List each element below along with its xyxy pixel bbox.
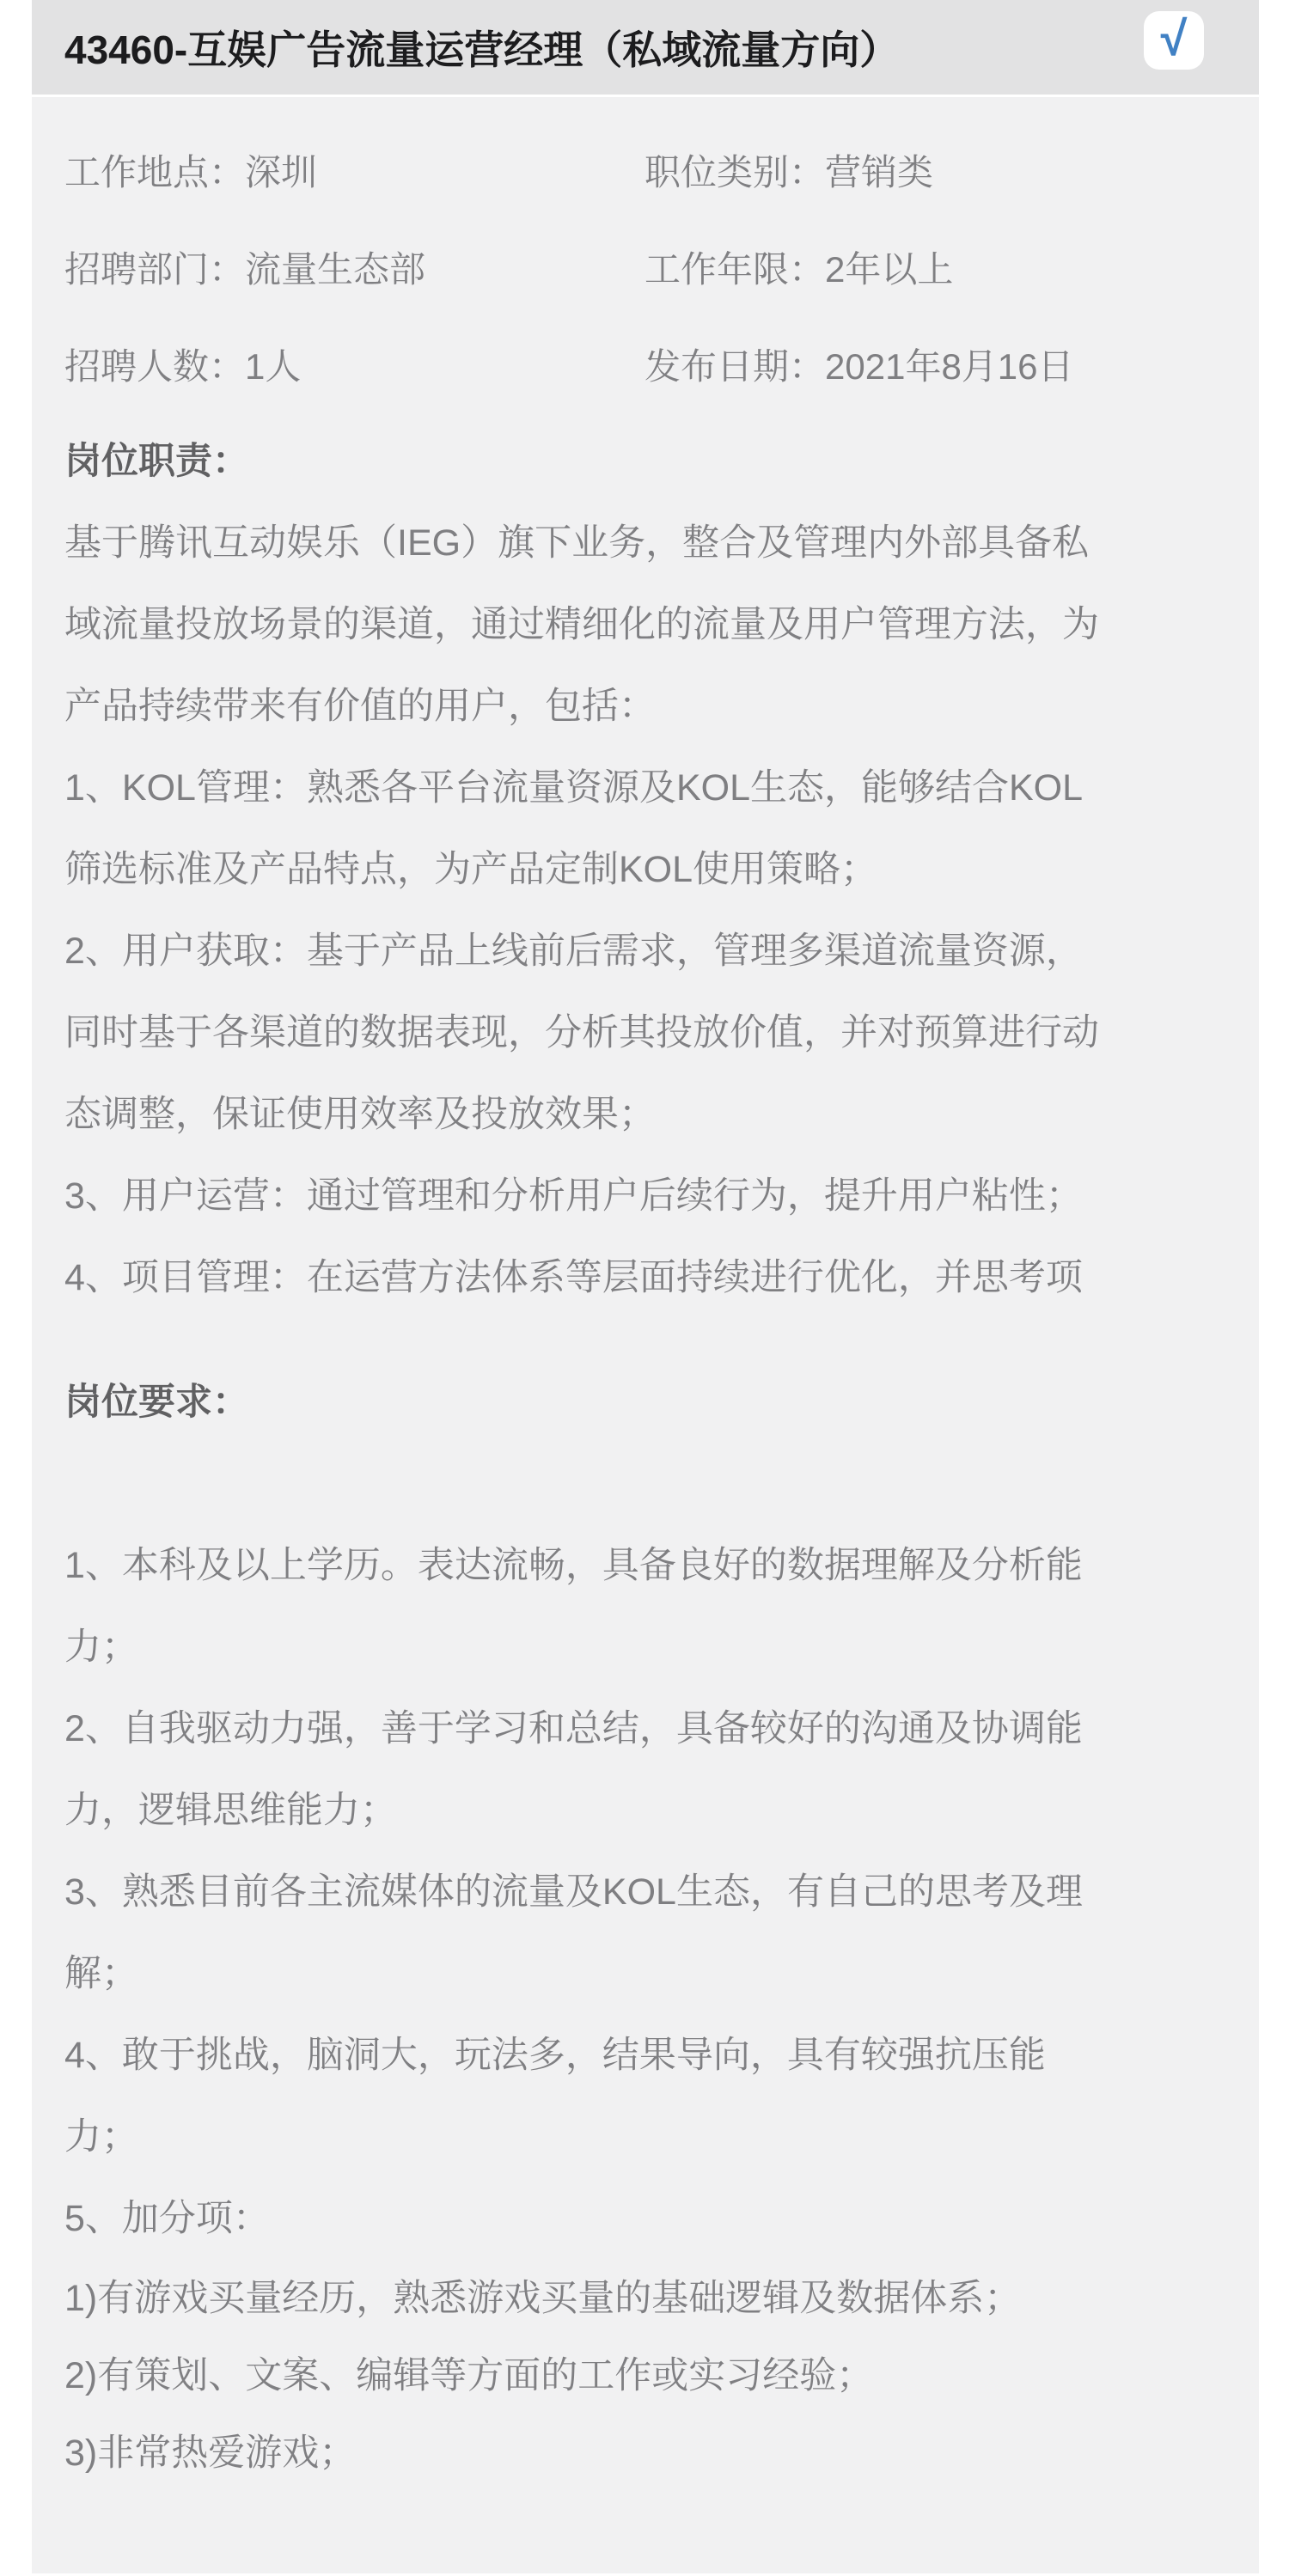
requirements-heading: 岗位要求： [64,1362,1226,1444]
info-label: 工作地点： [64,152,245,192]
spacer [64,412,1226,421]
info-work-location: 工作地点：深圳 [64,144,644,196]
info-row-headcount-date: 招聘人数：1人 发布日期：2021年8月16日 [64,315,1226,412]
bonus-line: 1)有游戏买量经历，熟悉游戏买量的基础逻辑及数据体系； [64,2260,1226,2337]
requirement-line: 解； [64,1933,1226,2015]
info-headcount: 招聘人数：1人 [64,339,644,390]
info-row-location-category: 工作地点：深圳 职位类别：营销类 [64,121,1226,218]
responsibility-line: 态调整，保证使用效率及投放效果； [64,1074,1226,1156]
bonus-line: 2)有策划、文案、编辑等方面的工作或实习经验； [64,2337,1226,2414]
responsibility-line: 1、KOL管理：熟悉各平台流量资源及KOL生态，能够结合KOL [64,748,1226,829]
requirement-line: 1、本科及以上学历。表达流畅，具备良好的数据理解及分析能 [64,1525,1226,1607]
job-select-checkbox[interactable]: √ [1144,11,1204,70]
requirement-line: 4、敢于挑战，脑洞大，玩法多，结果导向，具有较强抗压能 [64,2015,1226,2097]
info-row-department-experience: 招聘部门：流量生态部 工作年限：2年以上 [64,218,1226,315]
requirement-line: 力； [64,1607,1226,1688]
info-work-years: 工作年限：2年以上 [644,241,1226,293]
responsibility-line: 2、用户获取：基于产品上线前后需求，管理多渠道流量资源， [64,911,1226,992]
info-publish-date: 发布日期：2021年8月16日 [644,339,1226,390]
info-hiring-department: 招聘部门：流量生态部 [64,241,644,293]
checkmark-icon: √ [1161,15,1188,63]
job-detail-card: 工作地点：深圳 职位类别：营销类 招聘部门：流量生态部 工作年限：2年以上 招聘… [32,97,1259,2573]
bonus-line: 3)非常热爱游戏； [64,2414,1226,2492]
info-value: 流量生态部 [245,249,425,290]
info-value: 营销类 [825,152,933,192]
responsibility-line: 域流量投放场景的渠道，通过精细化的流量及用户管理方法，为 [64,584,1226,666]
info-value: 2021年8月16日 [825,346,1074,387]
requirement-line: 2、自我驱动力强，善于学习和总结，具备较好的沟通及协调能 [64,1688,1226,1770]
responsibility-line: 产品持续带来有价值的用户，包括： [64,666,1226,748]
info-value: 1人 [245,346,301,387]
responsibility-line: 同时基于各渠道的数据表现，分析其投放价值，并对预算进行动 [64,992,1226,1074]
info-label: 招聘部门： [64,249,245,290]
job-posting-page: 43460-互娱广告流量运营经理（私域流量方向） √ 工作地点：深圳 职位类别：… [0,0,1289,2576]
requirement-line: 力； [64,2097,1226,2178]
info-value: 深圳 [245,152,317,192]
responsibility-line: 4、项目管理：在运营方法体系等层面持续进行优化，并思考项 [64,1237,1226,1319]
info-label: 职位类别： [644,152,825,192]
info-job-category: 职位类别：营销类 [644,144,1226,196]
requirement-line: 力，逻辑思维能力； [64,1770,1226,1852]
responsibilities-heading: 岗位职责： [64,421,1226,503]
info-value: 2年以上 [825,249,953,290]
job-title: 43460-互娱广告流量运营经理（私域流量方向） [64,0,899,95]
responsibility-line: 3、用户运营：通过管理和分析用户后续行为，提升用户粘性； [64,1156,1226,1237]
blank-line [64,1444,1226,1525]
requirement-line: 5、加分项： [64,2178,1226,2260]
job-header-bar: 43460-互娱广告流量运营经理（私域流量方向） √ [32,0,1259,95]
requirement-line: 3、熟悉目前各主流媒体的流量及KOL生态，有自己的思考及理 [64,1852,1226,1933]
info-label: 工作年限： [644,249,825,290]
spacer [64,1319,1226,1362]
info-label: 招聘人数： [64,346,245,387]
responsibility-line: 基于腾讯互动娱乐（IEG）旗下业务，整合及管理内外部具备私 [64,503,1226,584]
info-label: 发布日期： [644,346,825,387]
responsibility-line: 筛选标准及产品特点，为产品定制KOL使用策略； [64,829,1226,911]
